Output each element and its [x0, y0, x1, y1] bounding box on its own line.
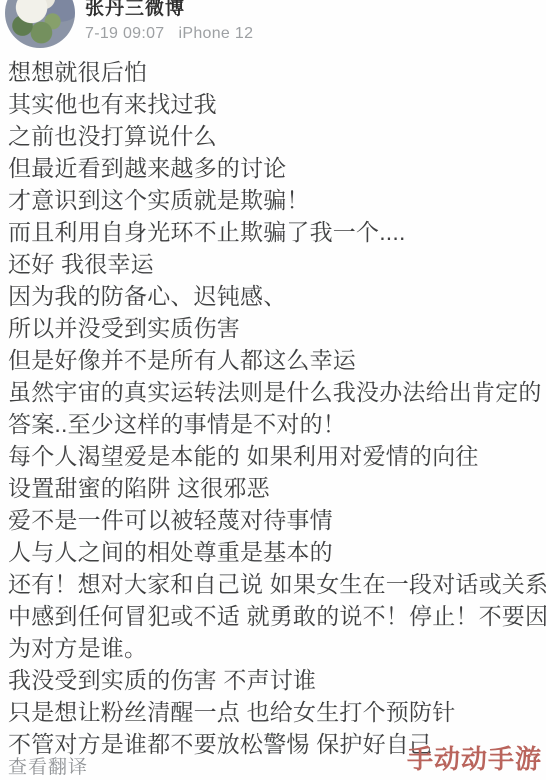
post-body: 想想就很后怕 其实他也有来找过我 之前也没打算说什么 但最近看到越来越多的讨论 … — [8, 56, 541, 760]
post-line: 只是想让粉丝清醒一点 也给女生打个预防针 — [8, 696, 541, 728]
post-line: 为对方是谁。 — [8, 632, 541, 664]
view-translation-link[interactable]: 查看翻译 — [8, 752, 88, 779]
post-line: 但是好像并不是所有人都这么幸运 — [8, 344, 541, 376]
post-line: 还好 我很幸运 — [8, 248, 541, 280]
watermark: 手动动手游 — [407, 739, 542, 776]
post-line: 中感到任何冒犯或不适 就勇敢的说不！停止！不要因 — [8, 600, 541, 632]
post-line: 我没受到实质的伤害 不声讨谁 — [8, 664, 541, 696]
avatar[interactable] — [5, 0, 75, 48]
post-source: iPhone 12 — [179, 25, 254, 42]
post-line: 爱不是一件可以被轻蔑对待事情 — [8, 504, 541, 536]
username[interactable]: 张丹三微博 — [85, 0, 253, 20]
post-line: 设置甜蜜的陷阱 这很邪恶 — [8, 472, 541, 504]
weibo-post-screenshot: 张丹三微博 7-19 09:07iPhone 12 想想就很后怕 其实他也有来找… — [0, 0, 546, 780]
post-line: 每个人渴望爱是本能的 如果利用对爱情的向往 — [8, 440, 541, 472]
post-line: 还有！想对大家和自己说 如果女生在一段对话或关系 — [8, 568, 541, 600]
post-line: 之前也没打算说什么 — [8, 120, 541, 152]
post-line: 所以并没受到实质伤害 — [8, 312, 541, 344]
post-line: 人与人之间的相处尊重是基本的 — [8, 536, 541, 568]
post-time: 7-19 09:07 — [85, 25, 165, 42]
post-line: 虽然宇宙的真实运转法则是什么我没办法给出肯定的 — [8, 376, 541, 408]
post-line: 想想就很后怕 — [8, 56, 541, 88]
post-line: 其实他也有来找过我 — [8, 88, 541, 120]
post-header: 张丹三微博 7-19 09:07iPhone 12 — [0, 0, 546, 54]
post-meta: 7-19 09:07iPhone 12 — [85, 25, 253, 43]
post-line: 而且利用自身光环不止欺骗了我一个.... — [8, 216, 541, 248]
post-line: 但最近看到越来越多的讨论 — [8, 152, 541, 184]
post-line: 才意识到这个实质就是欺骗！ — [8, 184, 541, 216]
user-block: 张丹三微博 7-19 09:07iPhone 12 — [85, 0, 253, 43]
post-line: 因为我的防备心、迟钝感、 — [8, 280, 541, 312]
post-line: 答案..至少这样的事情是不对的！ — [8, 408, 541, 440]
